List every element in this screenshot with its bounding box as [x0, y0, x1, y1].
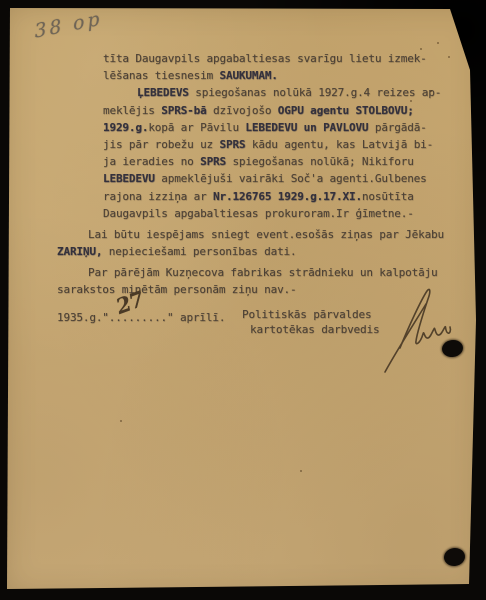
typed-line: Politiskās pārvaldes: [242, 308, 379, 323]
typed-segment: SPRS-bā: [161, 104, 206, 117]
typed-segment: 1929.g.: [103, 121, 148, 134]
typed-line: rajona izziņa ar Nr.126765 1929.g.17.XI.…: [103, 190, 441, 207]
typed-line: ja ieradies no SPRS spiegošanas nolūkā; …: [103, 155, 441, 172]
paper-speck: [120, 420, 122, 422]
typed-segment: LEBEDEVU un PAVLOVU: [245, 121, 368, 134]
typed-segment: ZARIŅU,: [57, 245, 102, 258]
typed-segment: meklējis: [103, 104, 161, 117]
paper-speck: [448, 56, 450, 58]
typed-line: jis pār robežu uz SPRS kādu agentu, kas …: [103, 138, 441, 155]
signature-body-stroke: [400, 289, 450, 348]
typed-segment: nosūtīta: [362, 190, 414, 203]
typed-segment: nepieciešami personības dati.: [102, 245, 296, 258]
typed-segment: LEBEDEVU: [103, 172, 155, 185]
typed-line: 1935.g."........." aprīlī.: [57, 311, 225, 328]
typed-segment: Par pārējām Kuzņecova fabrikas strādniek…: [88, 266, 438, 279]
signer-title-block: Politiskās pārvaldeskartotēkas darbvedis: [242, 308, 379, 338]
paragraph-investigation: tīta Daugavpils apgabaltiesas svarīgu li…: [103, 52, 441, 224]
typed-segment: spiegošanas nolūkā; Nikiforu: [226, 155, 414, 168]
typed-segment: tīta Daugavpils apgabaltiesas svarīgu li…: [103, 52, 427, 65]
typed-segment: jis pār robežu uz: [103, 138, 220, 151]
paper-speck: [396, 146, 398, 148]
typed-line: meklējis SPRS-bā dzīvojošo OGPU agentu S…: [103, 104, 441, 121]
typed-segment: SPRS: [200, 155, 226, 168]
typed-segment: SAUKUMAM.: [220, 69, 278, 82]
typed-line: 1929.g.kopā ar Pāvilu LEBEDEVU un PAVLOV…: [103, 121, 441, 138]
typed-segment: kartotēkas darbvedis: [250, 323, 379, 336]
paper-speck: [300, 470, 302, 472]
typed-line: Lai būtu iespējams sniegt event.esošās z…: [57, 228, 444, 245]
paper-speck: [437, 42, 439, 44]
typed-segment: kopā ar Pāvilu: [148, 121, 245, 134]
typed-segment: 1935.g."........." aprīlī.: [57, 311, 225, 324]
typed-segment: spiegošanas nolūkā 1927.g.4 reizes ap-: [189, 86, 441, 99]
typed-segment: SPRS: [220, 138, 246, 151]
typed-segment: Politiskās pārvaldes: [242, 308, 371, 321]
typed-segment: Lai būtu iespējams sniegt event.esošās z…: [88, 228, 444, 241]
typed-segment: Daugavpils apgabaltiesas prokuroram.Ir ģ…: [103, 207, 414, 220]
typed-segment: apmeklējuši vairāki Soč'a agenti.Gulbene…: [155, 172, 427, 185]
signature: [372, 284, 452, 376]
typed-line: LEBEDEVU apmeklējuši vairāki Soč'a agent…: [103, 172, 441, 189]
date-line: 1935.g."........." aprīlī.: [57, 311, 225, 328]
paper-speck: [430, 90, 432, 92]
typed-line: tīta Daugavpils apgabaltiesas svarīgu li…: [103, 52, 441, 69]
typed-segment: sarakstos minētām personām ziņu nav.-: [57, 283, 297, 296]
scanned-document: 38 op tīta Daugavpils apgabaltiesas svar…: [0, 0, 486, 600]
typed-segment: ja ieradies no: [103, 155, 200, 168]
typed-line: Par pārējām Kuzņecova fabrikas strādniek…: [57, 266, 444, 283]
typed-segment: OGPU agentu STOLBOVU;: [278, 104, 414, 117]
typed-line: lēšanas tiesnesim SAUKUMAM.: [103, 69, 441, 86]
signature-tail-stroke: [385, 304, 426, 372]
typed-line: ZARIŅU, nepieciešami personības dati.: [57, 245, 444, 262]
typed-segment: rajona izziņa ar: [103, 190, 213, 203]
typed-line: kartotēkas darbvedis: [242, 323, 379, 338]
typed-line: Daugavpils apgabaltiesas prokuroram.Ir ģ…: [103, 207, 441, 224]
typed-segment: kādu agentu, kas Latvijā bi-: [245, 138, 433, 151]
typed-segment: dzīvojošo: [207, 104, 278, 117]
paper-speck: [410, 100, 412, 102]
typed-segment: pārgādā-: [368, 121, 426, 134]
typed-segment: ĻEBEDEVS: [137, 86, 189, 99]
typed-segment: Nr.126765 1929.g.17.XI.: [213, 190, 362, 203]
paper-speck: [420, 48, 422, 50]
typed-line: ĻEBEDEVS spiegošanas nolūkā 1927.g.4 rei…: [103, 86, 441, 103]
typed-segment: lēšanas tiesnesim: [103, 69, 220, 82]
